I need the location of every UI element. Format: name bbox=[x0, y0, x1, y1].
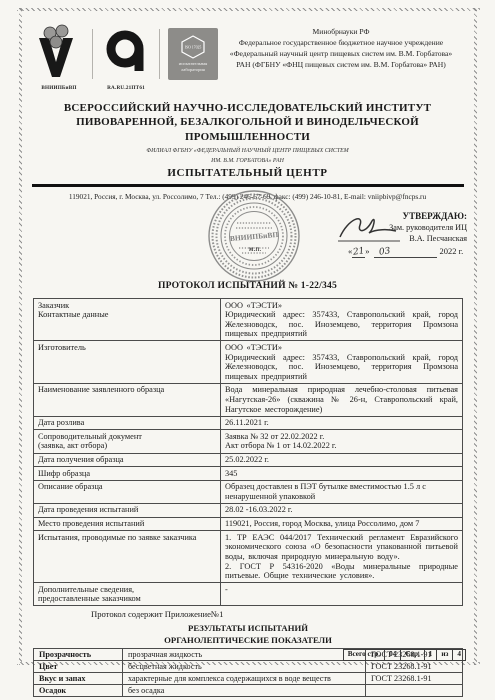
row-value: Вода минеральная природная лечебно-столо… bbox=[221, 383, 463, 416]
result-value: характерные для комплекса содержащихся в… bbox=[123, 673, 366, 685]
row-value: ООО «ТЭСТИ» Юридический адрес: 357433, С… bbox=[221, 299, 463, 341]
row-label: Дата получения образца bbox=[34, 453, 221, 467]
page-number: 1 bbox=[424, 650, 437, 661]
results-title: РЕЗУЛЬТАТЫ ИСПЫТАНИЙ bbox=[33, 623, 463, 634]
accreditation-mark: RA.RU.21ПТ61 bbox=[97, 24, 155, 91]
round-stamp-icon: ВНИИПБиВП bbox=[206, 188, 302, 284]
result-value: бесцветная жидкость bbox=[123, 661, 366, 673]
result-method bbox=[366, 685, 463, 697]
accreditation-number-label: RA.RU.21ПТ61 bbox=[107, 85, 145, 91]
year-label: 2022 г. bbox=[440, 246, 464, 256]
result-parameter: Прозрачность bbox=[34, 649, 123, 661]
row-value: - bbox=[221, 583, 463, 606]
row-value: 25.02.2022 г. bbox=[221, 453, 463, 467]
row-label: Дополнительные сведения, предоставленные… bbox=[34, 583, 221, 606]
row-label: Заказчик Контактные данные bbox=[34, 299, 221, 341]
table-row: Изготовитель ООО «ТЭСТИ» Юридический адр… bbox=[34, 341, 463, 383]
of-total: 4 bbox=[453, 650, 466, 661]
row-label: Описание образца bbox=[34, 480, 221, 503]
row-value: ООО «ТЭСТИ» Юридический адрес: 357433, С… bbox=[221, 341, 463, 383]
signature-icon bbox=[336, 213, 416, 247]
approval-date-line: «21»032022 г. bbox=[348, 246, 468, 258]
row-value: Заявка № 32 от 22.02.2022 г. Акт отбора … bbox=[221, 430, 463, 453]
row-label: Дата розлива bbox=[34, 416, 221, 430]
result-parameter: Цвет bbox=[34, 661, 123, 673]
page-label: Стр. bbox=[401, 650, 425, 661]
table-row: Осадок без осадка bbox=[34, 685, 463, 697]
table-row: Испытания, проводимые по заявке заказчик… bbox=[34, 531, 463, 583]
accreditation-mark-icon bbox=[101, 24, 151, 83]
results-subtitle: ОРГАНОЛЕПТИЧЕСКИЕ ПОКАЗАТЕЛИ bbox=[33, 635, 463, 646]
total-pages-label: Всего стр. bbox=[343, 650, 384, 661]
ministry-line: РАН (ФГБНУ «ФНЦ пищевых систем им. В.М. … bbox=[212, 59, 470, 70]
table-row: Заказчик Контактные данные ООО «ТЭСТИ» Ю… bbox=[34, 299, 463, 341]
row-value: 119021, Россия, город Москва, улица Росс… bbox=[221, 517, 463, 531]
ministry-header: Минобрнауки РФ Федеральное государственн… bbox=[212, 26, 470, 70]
result-method: ГОСТ 23268.1-91 bbox=[366, 673, 463, 685]
badge-caption: испытательная лаборатория bbox=[179, 61, 207, 73]
row-value: 345 bbox=[221, 467, 463, 481]
vniipbivp-logo-icon bbox=[34, 24, 84, 83]
result-parameter: Осадок bbox=[34, 685, 123, 697]
row-value: 1. ТР ЕАЭС 044/2017 Технический регламен… bbox=[221, 531, 463, 583]
row-label: Испытания, проводимые по заявке заказчик… bbox=[34, 531, 221, 583]
vniipbivp-logo: ВНИИПБиВП bbox=[30, 24, 88, 91]
stitch-border-right bbox=[474, 8, 477, 665]
svg-text:ВНИИПБиВП: ВНИИПБиВП bbox=[230, 230, 279, 243]
handwritten-month: 03 bbox=[378, 246, 391, 257]
appendix-note: Протокол содержит Приложение№1 bbox=[91, 609, 463, 619]
stitch-border-top bbox=[17, 8, 480, 11]
row-label: Дата проведения испытаний bbox=[34, 503, 221, 517]
row-value: Образец доставлен в ПЭТ бутылке вместимо… bbox=[221, 480, 463, 503]
handwritten-day: 21 bbox=[352, 246, 365, 257]
result-value: без осадка bbox=[123, 685, 366, 697]
total-pages-value: 04 bbox=[385, 650, 401, 661]
table-row: Вкус и запах характерные для комплекса с… bbox=[34, 673, 463, 685]
row-label: Шифр образца bbox=[34, 467, 221, 481]
scanned-protocol-page: ВНИИПБиВП RA.RU.21ПТ61 ISO 17025 испытат… bbox=[0, 0, 495, 700]
of-label: из bbox=[437, 650, 453, 661]
stamp-place-label: м.п. bbox=[240, 244, 270, 253]
ministry-line: Минобрнауки РФ bbox=[212, 26, 470, 37]
table-row: Всего стр. 04 Стр. 1 из 4 bbox=[343, 650, 465, 661]
badge-hex-text: ISO 17025 bbox=[185, 45, 202, 49]
row-label: Наименование заявленного образца bbox=[34, 383, 221, 416]
logo-separator bbox=[92, 29, 93, 79]
quote-close: » bbox=[365, 246, 369, 256]
row-value: 28.02 -16.03.2022 г. bbox=[221, 503, 463, 517]
logo-separator bbox=[159, 29, 160, 79]
header-rule bbox=[32, 184, 464, 188]
vniipbivp-logo-label: ВНИИПБиВП bbox=[41, 85, 76, 91]
test-center-title: ИСПЫТАТЕЛЬНЫЙ ЦЕНТР bbox=[40, 167, 455, 179]
table-row: Сопроводительный документ (заявка, акт о… bbox=[34, 430, 463, 453]
stitch-border-left bbox=[19, 8, 22, 665]
ministry-line: Федеральное государственное бюджетное на… bbox=[212, 37, 470, 48]
table-row: Описание образца Образец доставлен в ПЭТ… bbox=[34, 480, 463, 503]
table-row: Дата проведения испытаний 28.02 -16.03.2… bbox=[34, 503, 463, 517]
table-row: Наименование заявленного образца Вода ми… bbox=[34, 383, 463, 416]
table-row: Шифр образца 345 bbox=[34, 467, 463, 481]
page-counter-table: Всего стр. 04 Стр. 1 из 4 bbox=[343, 649, 466, 661]
result-parameter: Вкус и запах bbox=[34, 673, 123, 685]
table-row: Цвет бесцветная жидкость ГОСТ 23268.1-91 bbox=[34, 661, 463, 673]
institute-title: ВСЕРОССИЙСКИЙ НАУЧНО-ИССЛЕДОВАТЕЛЬСКИЙ И… bbox=[45, 101, 450, 144]
sample-info-table: Заказчик Контактные данные ООО «ТЭСТИ» Ю… bbox=[33, 298, 463, 606]
row-label: Место проведения испытаний bbox=[34, 517, 221, 531]
row-label: Сопроводительный документ (заявка, акт о… bbox=[34, 430, 221, 453]
logo-row: ВНИИПБиВП RA.RU.21ПТ61 ISO 17025 испытат… bbox=[30, 24, 222, 91]
table-row: Дополнительные сведения, предоставленные… bbox=[34, 583, 463, 606]
result-method: ГОСТ 23268.1-91 bbox=[366, 661, 463, 673]
ministry-line: «Федеральный научный центр пищевых систе… bbox=[212, 48, 470, 59]
result-value: прозрачная жидкость bbox=[123, 649, 366, 661]
table-row: Дата получения образца 25.02.2022 г. bbox=[34, 453, 463, 467]
row-label: Изготовитель bbox=[34, 341, 221, 383]
table-row: Дата розлива 26.11.2021 г. bbox=[34, 416, 463, 430]
protocol-title: ПРОТОКОЛ ИСПЫТАНИЙ № 1-22/345 bbox=[40, 280, 455, 291]
test-lab-badge-icon: ISO 17025 испытательная лаборатория bbox=[168, 28, 218, 80]
page-counter: Всего стр. 04 Стр. 1 из 4 bbox=[343, 649, 466, 661]
protocol-content: Заказчик Контактные данные ООО «ТЭСТИ» Ю… bbox=[33, 298, 463, 697]
filial-subtitle: ФИЛИАЛ ФГБНУ «ФЕДЕРАЛЬНЫЙ НАУЧНЫЙ ЦЕНТР … bbox=[40, 146, 455, 166]
row-value: 26.11.2021 г. bbox=[221, 416, 463, 430]
table-row: Место проведения испытаний 119021, Росси… bbox=[34, 517, 463, 531]
